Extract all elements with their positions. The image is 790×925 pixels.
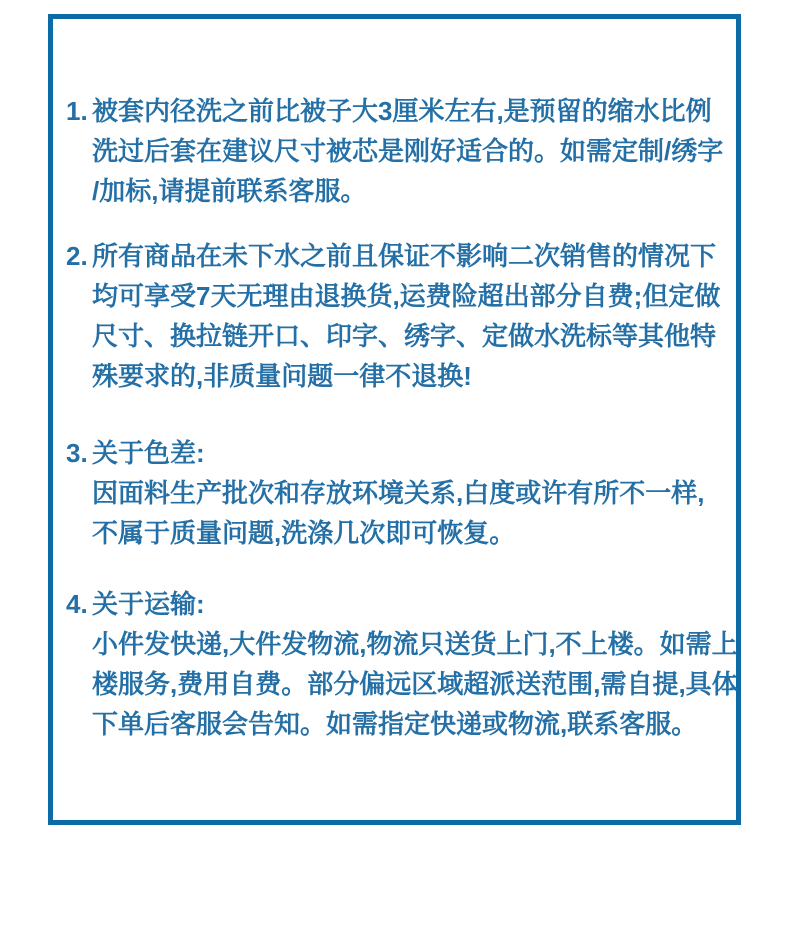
notice-item-color-difference: 3. 关于色差: 因面料生产批次和存放环境关系,白度或许有所不一样, 不属于质量… (66, 433, 718, 553)
item-line: 殊要求的,非质量问题一律不退换! (92, 356, 718, 396)
item-line: 洗过后套在建议尺寸被芯是刚好适合的。如需定制/绣字 (92, 131, 718, 171)
item-line: 楼服务,费用自费。部分偏远区域超派送范围,需自提,具体 (92, 664, 718, 704)
item-line: 均可享受7天无理由退换货,运费险超出部分自费;但定做 (92, 276, 718, 316)
item-line: 关于运输: (92, 584, 718, 624)
item-line: 被套内径洗之前比被子大3厘米左右,是预留的缩水比例 (92, 91, 718, 131)
notice-item-shipping: 4. 关于运输: 小件发快递,大件发物流,物流只送货上门,不上楼。如需上 楼服务… (66, 584, 718, 744)
item-line: 小件发快递,大件发物流,物流只送货上门,不上楼。如需上 (92, 624, 718, 664)
product-notice-page: 1. 被套内径洗之前比被子大3厘米左右,是预留的缩水比例 洗过后套在建议尺寸被芯… (0, 0, 790, 925)
item-number: 4. (66, 584, 88, 624)
item-line: 关于色差: (92, 433, 718, 473)
item-number: 1. (66, 91, 88, 131)
notice-frame: 1. 被套内径洗之前比被子大3厘米左右,是预留的缩水比例 洗过后套在建议尺寸被芯… (48, 14, 741, 825)
item-number: 3. (66, 433, 88, 473)
item-line: 尺寸、换拉链开口、印字、绣字、定做水洗标等其他特 (92, 316, 718, 356)
notice-content: 1. 被套内径洗之前比被子大3厘米左右,是预留的缩水比例 洗过后套在建议尺寸被芯… (53, 19, 736, 744)
item-line: 因面料生产批次和存放环境关系,白度或许有所不一样, (92, 473, 718, 513)
notice-item-sizing: 1. 被套内径洗之前比被子大3厘米左右,是预留的缩水比例 洗过后套在建议尺寸被芯… (66, 91, 718, 211)
item-line: /加标,请提前联系客服。 (92, 171, 718, 211)
item-line: 不属于质量问题,洗涤几次即可恢复。 (92, 513, 718, 553)
item-number: 2. (66, 236, 88, 276)
item-line: 下单后客服会告知。如需指定快递或物流,联系客服。 (92, 704, 718, 744)
item-line: 所有商品在未下水之前且保证不影响二次销售的情况下 (92, 236, 718, 276)
notice-item-returns: 2. 所有商品在未下水之前且保证不影响二次销售的情况下 均可享受7天无理由退换货… (66, 236, 718, 396)
